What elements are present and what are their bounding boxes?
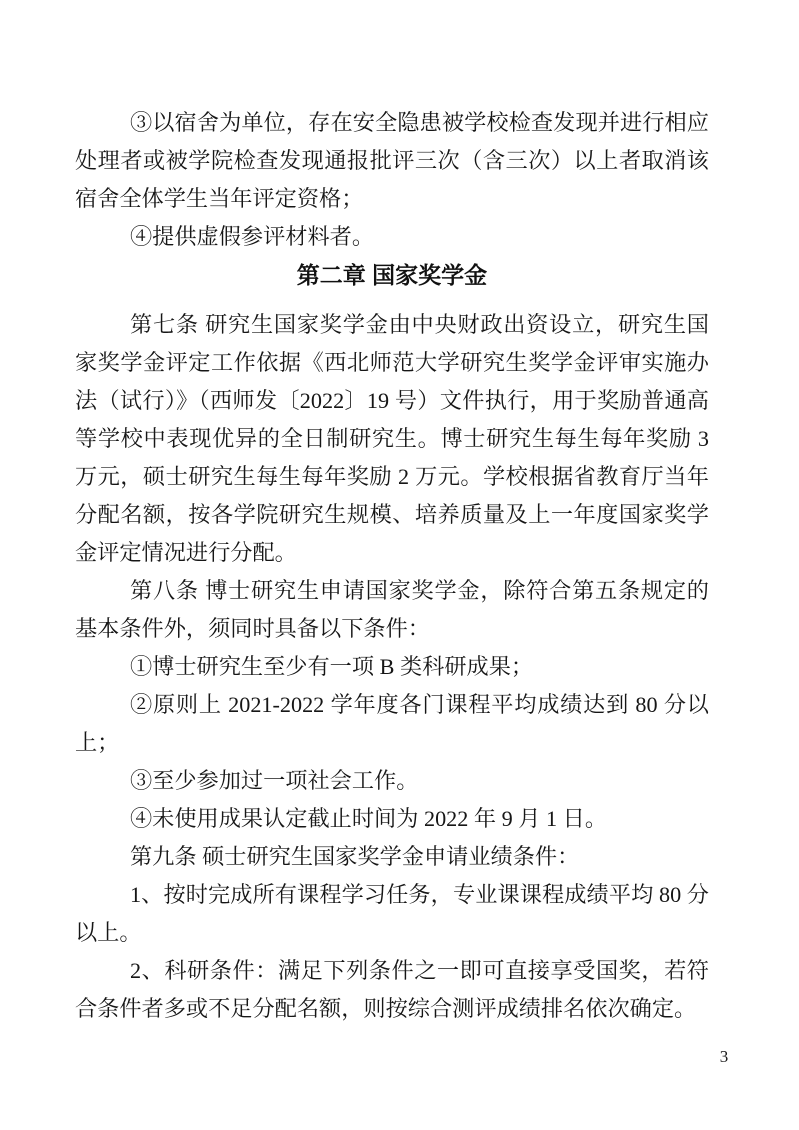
- paragraph-false-materials-clause-4: ④提供虚假参评材料者。: [75, 218, 709, 256]
- list-item-doctoral-condition-4: ④未使用成果认定截止时间为 2022 年 9 月 1 日。: [75, 800, 709, 838]
- document-page-root: { "page": { "number": "3", "background_c…: [0, 0, 799, 1130]
- paragraph-article-7: 第七条 研究生国家奖学金由中央财政出资设立，研究生国家奖学金评定工作依据《西北师…: [75, 306, 709, 572]
- chapter-heading: 第二章 国家奖学金: [75, 256, 709, 294]
- list-item-masters-condition-2: 2、科研条件：满足下列条件之一即可直接享受国奖，若符合条件者多或不足分配名额，则…: [75, 952, 709, 1028]
- paragraph-dorm-disqualification-clause-3: ③以宿舍为单位，存在安全隐患被学校检查发现并进行相应处理者或被学院检查发现通报批…: [75, 104, 709, 218]
- paragraph-article-9: 第九条 硕士研究生国家奖学金申请业绩条件：: [75, 838, 709, 876]
- paragraph-article-8: 第八条 博士研究生申请国家奖学金，除符合第五条规定的基本条件外，须同时具备以下条…: [75, 572, 709, 648]
- list-item-doctoral-condition-2: ②原则上 2021-2022 学年度各门课程平均成绩达到 80 分以上；: [75, 686, 709, 762]
- list-item-doctoral-condition-3: ③至少参加过一项社会工作。: [75, 762, 709, 800]
- page: ③以宿舍为单位，存在安全隐患被学校检查发现并进行相应处理者或被学院检查发现通报批…: [0, 0, 799, 1130]
- document-body: ③以宿舍为单位，存在安全隐患被学校检查发现并进行相应处理者或被学院检查发现通报批…: [75, 0, 709, 1028]
- list-item-masters-condition-1: 1、按时完成所有课程学习任务，专业课课程成绩平均 80 分以上。: [75, 876, 709, 952]
- list-item-doctoral-condition-1: ①博士研究生至少有一项 B 类科研成果；: [75, 648, 709, 686]
- page-number: 3: [714, 1044, 734, 1070]
